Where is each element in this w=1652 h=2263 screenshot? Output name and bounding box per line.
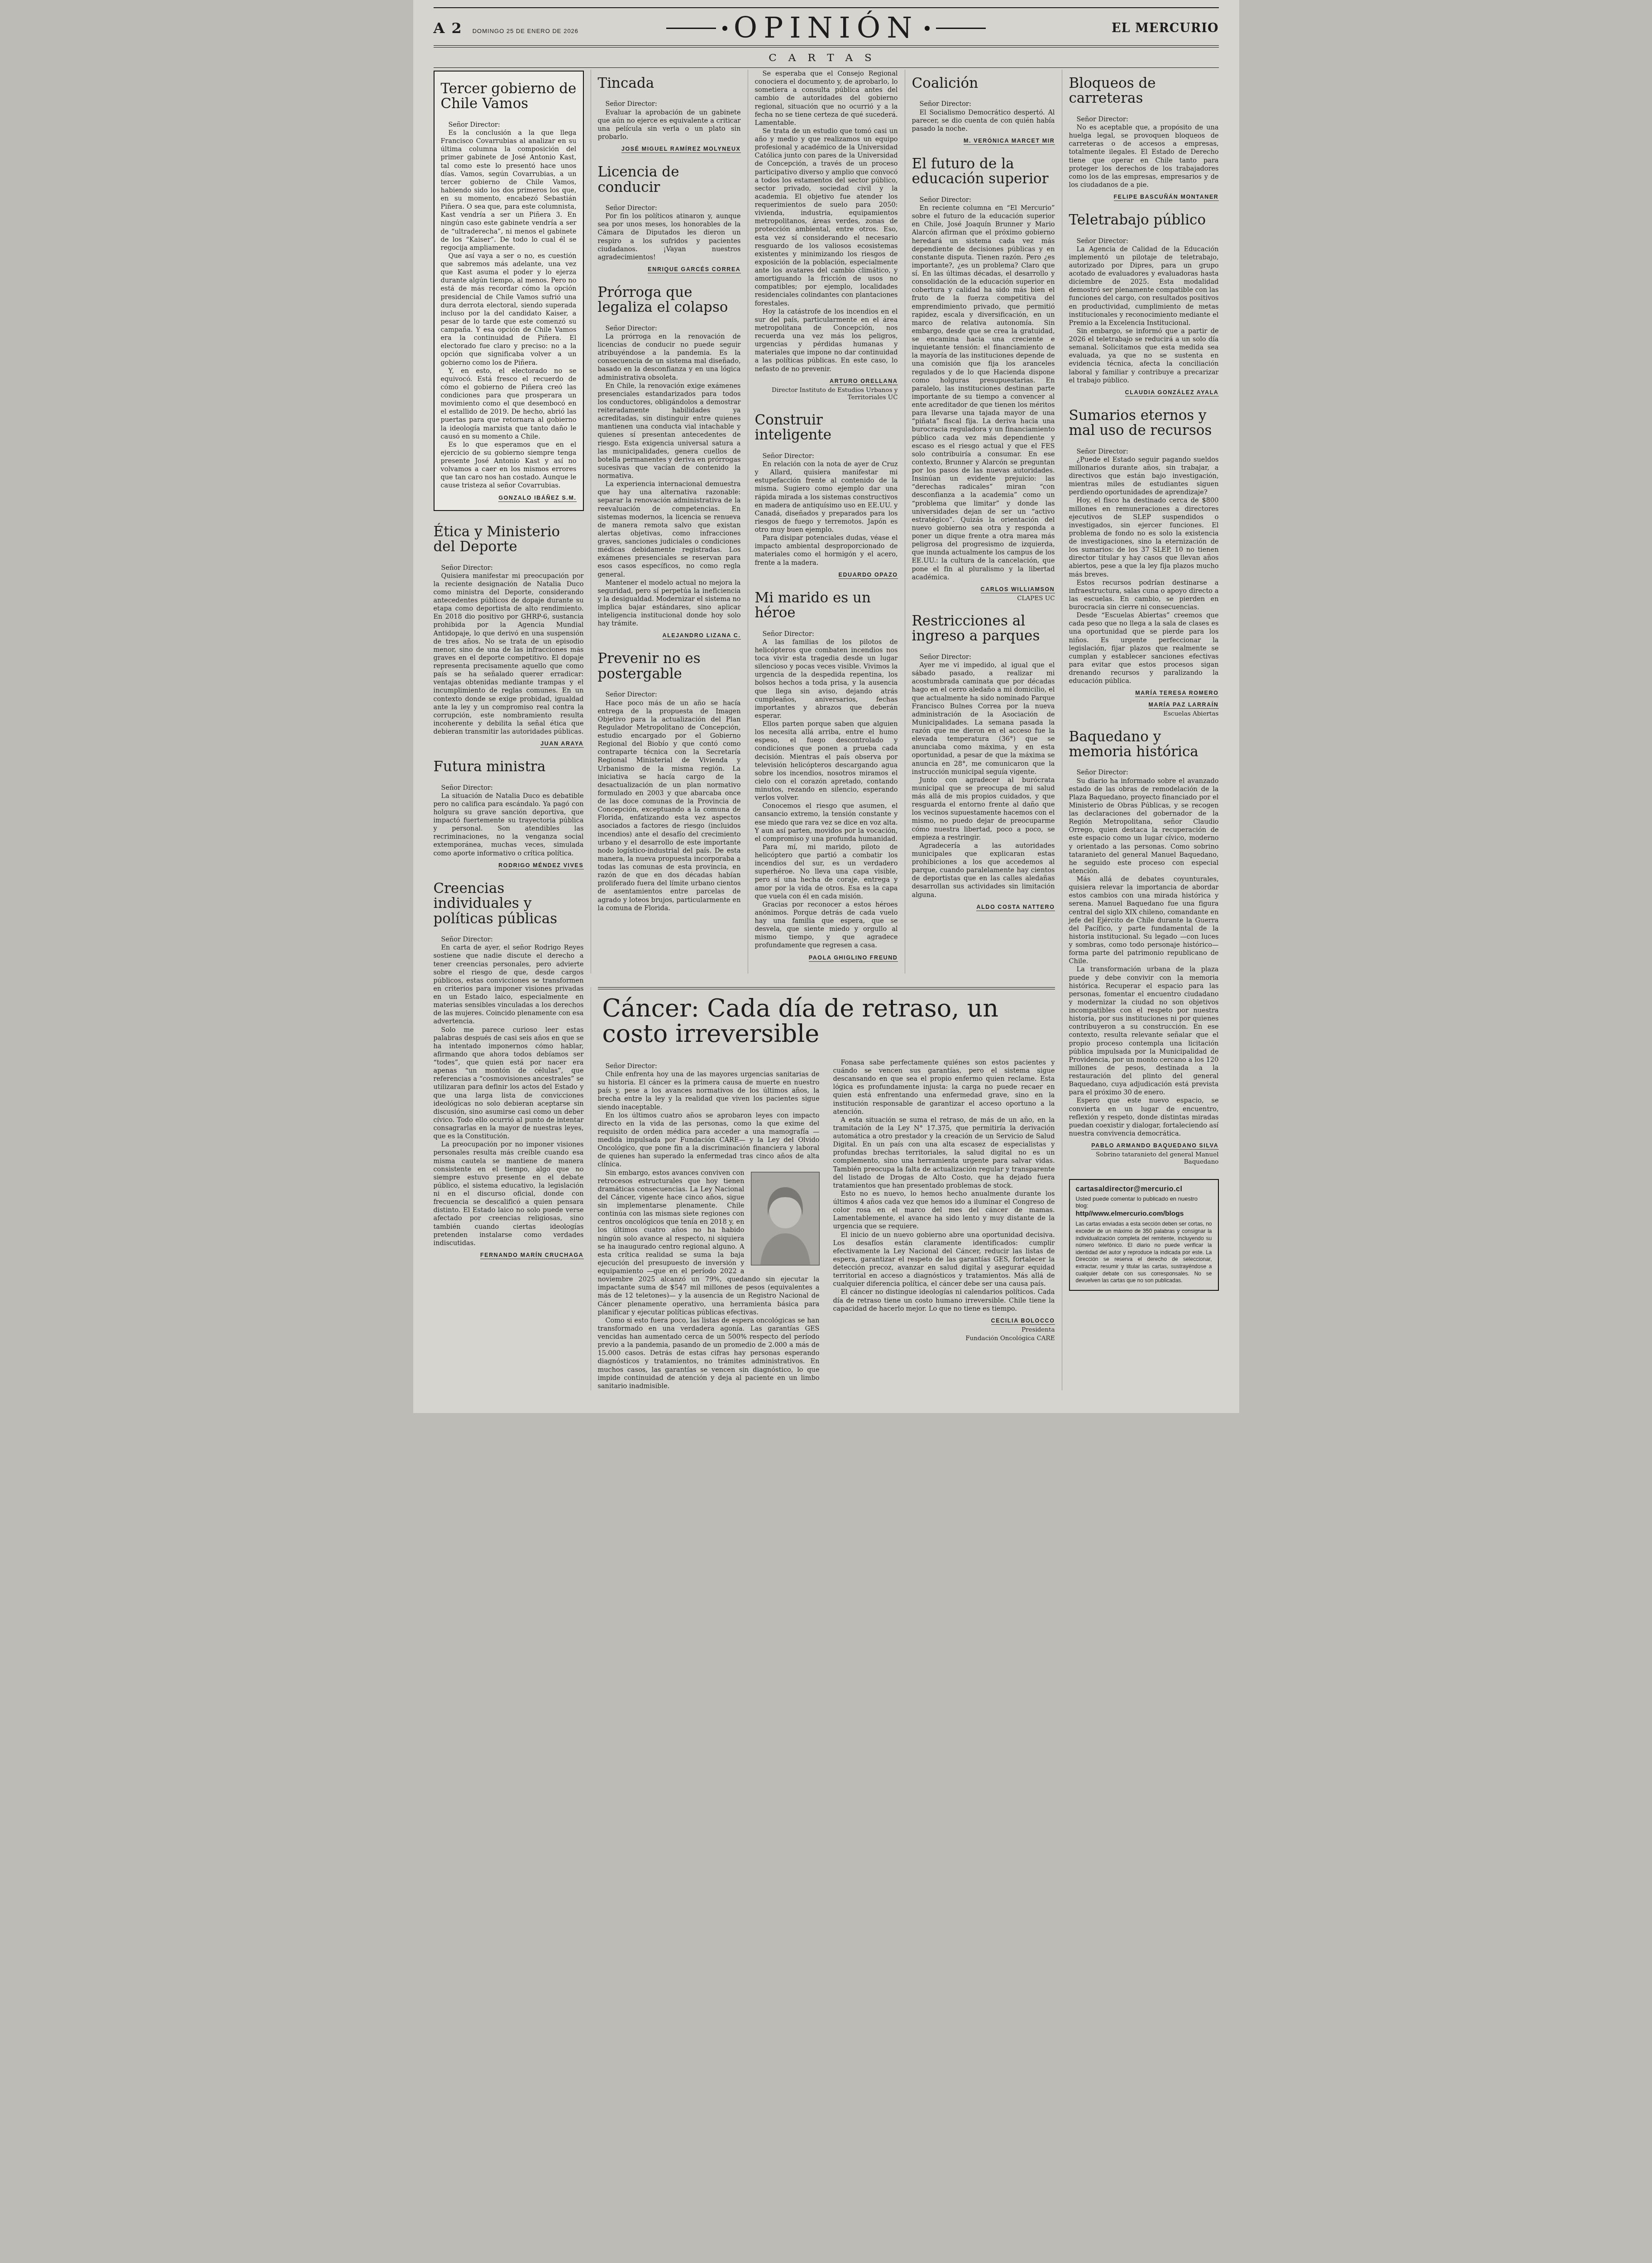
letter-paragraph: Para mí, mi marido, piloto de helicópter… [755,843,898,901]
blog-url[interactable]: http//www.elmercurio.com/blogs [1076,1210,1212,1218]
feature-article: Cáncer: Cada día de retraso, un costo ir… [591,987,1062,1390]
salutation: Señor Director: [598,325,741,333]
article-signature-name: CECILIA BOLOCCO [991,1318,1055,1325]
signature-name: EDUARDO OPAZO [839,572,898,579]
article-paragraph: Esto no es nuevo, lo hemos hecho anualme… [833,1190,1055,1231]
salutation: Señor Director: [434,784,584,792]
letter-title: Bloqueos de carreteras [1069,76,1219,106]
letter-title: Sumarios eternos y mal uso de recursos [1069,408,1219,439]
letter-title: Restricciones al ingreso a parques [912,614,1055,644]
signature-role: CLAPES UC [912,595,1055,602]
salutation: Señor Director: [598,100,741,108]
letter-paragraph: Espero que este nuevo espacio, se convie… [1069,1097,1219,1138]
masthead: A 2 DOMINGO 25 DE ENERO DE 2026 OPINIÓN … [434,13,1219,45]
signature-name: GONZALO IBÁÑEZ S.M. [498,495,576,502]
signature: MARÍA TERESA ROMERO [1069,688,1219,697]
letter: Se esperaba que el Consejo Regional cono… [755,70,898,401]
signature: CLAUDIA GONZÁLEZ AYALA [1069,387,1219,396]
ornament-line-left [666,28,716,29]
top-rule [434,7,1219,8]
salutation: Señor Director: [1069,769,1219,777]
letter: Baquedano y memoria históricaSeñor Direc… [1069,730,1219,1166]
article-column-a: Señor Director:Chile enfrenta hoy una de… [598,1059,820,1390]
edition-date: DOMINGO 25 DE ENERO DE 2026 [473,28,578,34]
signature: FELIPE BASCUÑÁN MONTANER [1069,192,1219,201]
letter-title: Futura ministra [434,759,584,774]
letter-paragraph: Conocemos el riesgo que asumen, el cansa… [755,802,898,843]
letter: Ética y Ministerio del DeporteSeñor Dire… [434,525,584,748]
salutation: Señor Director: [912,100,1055,108]
letter-title: Coalición [912,76,1055,91]
letter-paragraph: El Socialismo Democrático despertó. Al p… [912,109,1055,133]
letters-to-editor-box: cartasaldirector@mercurio.cl Usted puede… [1069,1179,1219,1290]
signature-name: ALDO COSTA NATTERO [976,904,1055,911]
letter-paragraph: Ellos parten porque saben que alguien lo… [755,720,898,802]
letter: Prevenir no es postergableSeñor Director… [598,651,741,912]
letter-paragraph: Es la conclusión a la que llega Francisc… [441,129,577,252]
letter: Mi marido es un héroeSeñor Director:A la… [755,591,898,962]
signature: PAOLA GHIGLINO FREUND [755,953,898,962]
letter-title: El futuro de la educación superior [912,157,1055,187]
letter: Futura ministraSeñor Director:La situaci… [434,759,584,869]
salutation: Señor Director: [1069,115,1219,124]
signature-role: Director Instituto de Estudios Urbanos y… [755,387,898,401]
article-paragraph: En los últimos cuatro años se aprobaron … [598,1112,820,1169]
letter-paragraph: Su diario ha informado sobre el avanzado… [1069,777,1219,876]
article-column-b: Fonasa sabe perfectamente quiénes son es… [833,1059,1055,1390]
salutation: Señor Director: [598,691,741,699]
letter: Prórroga que legaliza el colapsoSeñor Di… [598,285,741,640]
letter-title: Construir inteligente [755,413,898,443]
letter-paragraph: La situación de Natalia Duco es debatibl… [434,792,584,858]
letter-paragraph: Mantener el modelo actual no mejora la s… [598,579,741,628]
salutation: Señor Director: [1069,237,1219,245]
letter-paragraph: Hoy la catástrofe de los incendios en el… [755,308,898,373]
column-2: TincadaSeñor Director:Evaluar la aprobac… [591,70,748,974]
letter-paragraph: La Agencia de Calidad de la Educación im… [1069,245,1219,327]
letter-paragraph: Se trata de un estudio que tomó casi un … [755,127,898,308]
letter-paragraph: La prórroga en la renovación de licencia… [598,333,741,382]
article-signature-role: Presidenta [833,1326,1055,1333]
newspaper-page: A 2 DOMINGO 25 DE ENERO DE 2026 OPINIÓN … [413,0,1239,1413]
signature-name: FERNANDO MARÍN CRUCHAGA [480,1252,583,1259]
article-paragraph: Como si esto fuera poco, las listas de e… [598,1317,820,1390]
letter-title: Licencia de conducir [598,165,741,195]
letter-paragraph: Quisiera manifestar mi preocupación por … [434,572,584,736]
salutation: Señor Director: [912,196,1055,204]
letter-paragraph: A las familias de los pilotos de helicóp… [755,638,898,720]
salutation: Señor Director: [755,452,898,460]
salutation: Señor Director: [598,204,741,212]
signature: M. VERÓNICA MARCET MIR [912,136,1055,145]
letter-paragraph: En Chile, la renovación exige exámenes p… [598,382,741,481]
letter-paragraph: Más allá de debates coyunturales, quisie… [1069,875,1219,965]
column-5: Bloqueos de carreterasSeñor Director:No … [1062,70,1219,1390]
letter: CoaliciónSeñor Director:El Socialismo De… [912,76,1055,145]
article-paragraph: Chile enfrenta hoy una de las mayores ur… [598,1070,820,1112]
salutation: Señor Director: [1069,448,1219,456]
ornament-line-right [936,28,986,29]
signature: JUAN ARAYA [434,739,584,748]
letter: Sumarios eternos y mal uso de recursosSe… [1069,408,1219,718]
column-1: Tercer gobierno de Chile VamosSeñor Dire… [434,70,591,1390]
signature-name: JUAN ARAYA [540,740,583,748]
signature: EDUARDO OPAZO [755,570,898,579]
letter-paragraph: En carta de ayer, el señor Rodrigo Reyes… [434,944,584,1026]
letter-paragraph: Hace poco más de un año se hacía entrega… [598,699,741,912]
letter-paragraph: Gracias por reconocer a estos héroes anó… [755,901,898,950]
ornament-dot-right [925,26,930,31]
letter: Restricciones al ingreso a parquesSeñor … [912,614,1055,911]
salutation: Señor Director: [434,564,584,572]
article-headline: Cáncer: Cada día de retraso, un costo ir… [602,996,1055,1047]
letter-title: Ética y Ministerio del Deporte [434,525,584,555]
signature: ARTURO ORELLANA [755,376,898,385]
letter-paragraph: No es aceptable que, a propósito de una … [1069,124,1219,189]
letter-paragraph: Desde “Escuelas Abiertas” creemos que ca… [1069,611,1219,685]
letter: Teletrabajo públicoSeñor Director:La Age… [1069,213,1219,396]
signature-name: PABLO ARMANDO BAQUEDANO SILVA [1091,1142,1218,1150]
article-signature: CECILIA BOLOCCO [833,1316,1055,1325]
letter-title: Baquedano y memoria histórica [1069,730,1219,760]
letter-paragraph: Agradecería a las autoridades municipale… [912,842,1055,899]
article-columns: Señor Director:Chile enfrenta hoy una de… [598,1059,1055,1390]
page-number: A 2 [434,19,463,37]
letter: Construir inteligenteSeñor Director:En r… [755,413,898,579]
letter: Tercer gobierno de Chile VamosSeñor Dire… [434,71,584,511]
salutation: Señor Director: [598,1062,820,1070]
letters-email[interactable]: cartasaldirector@mercurio.cl [1076,1185,1212,1194]
letter-title: Teletrabajo público [1069,213,1219,228]
signature-name: CARLOS WILLIAMSON [981,586,1055,593]
letter-title: Tincada [598,76,741,91]
letter-paragraph: La preocupación por no imponer visiones … [434,1141,584,1247]
letter-paragraph: Hoy, el fisco ha destinado cerca de $800… [1069,497,1219,578]
salutation: Señor Director: [912,653,1055,661]
article-paragraph: Fonasa sabe perfectamente quiénes son es… [833,1059,1055,1116]
salutation: Señor Director: [434,936,584,944]
signature-name: JOSÉ MIGUEL RAMÍREZ MOLYNEUX [621,146,741,153]
letter-title: Creencias individuales y políticas públi… [434,881,584,926]
letter: Creencias individuales y políticas públi… [434,881,584,1259]
signature-role: Escuelas Abiertas [1069,710,1219,717]
letter-paragraph: La experiencia internacional demuestra q… [598,480,741,579]
letter-paragraph: Y, en esto, el electorado no se equivocó… [441,367,577,441]
letter-paragraph: Es lo que esperamos que en el ejercicio … [441,441,577,490]
signature-role: Sobrino tataranieto del general Manuel B… [1069,1151,1219,1165]
signature-name: RODRIGO MÉNDEZ VIVES [498,862,583,869]
signature: PABLO ARMANDO BAQUEDANO SILVA [1069,1141,1219,1150]
signature-name: FELIPE BASCUÑÁN MONTANER [1114,194,1219,201]
letter-paragraph: Ayer me vi impedido, al igual que el sáb… [912,661,1055,776]
blog-intro: Usted puede comentar lo publicado en nue… [1076,1195,1212,1209]
signature: CARLOS WILLIAMSON [912,584,1055,593]
letters-grid: Tercer gobierno de Chile VamosSeñor Dire… [434,70,1219,1390]
letters-section-label: CARTAS [769,52,883,64]
column-4: CoaliciónSeñor Director:El Socialismo De… [905,70,1062,974]
signature-name: CLAUDIA GONZÁLEZ AYALA [1125,389,1219,396]
signature: RODRIGO MÉNDEZ VIVES [434,860,584,869]
letter: TincadaSeñor Director:Evaluar la aprobac… [598,76,741,153]
letter-paragraph: Para disipar potenciales dudas, véase el… [755,534,898,567]
letter-paragraph: En relación con la nota de ayer de Cruz … [755,460,898,534]
letter-title: Prórroga que legaliza el colapso [598,285,741,315]
article-signature-role: Fundación Oncológica CARE [833,1335,1055,1342]
signature-name: M. VERÓNICA MARCET MIR [964,138,1055,145]
letter-paragraph: Estos recursos podrían destinarse a infr… [1069,579,1219,612]
letter-paragraph: Se esperaba que el Consejo Regional cono… [755,70,898,127]
article-separator-rule [598,987,1055,989]
signature: ALEJANDRO LIZANA C. [598,630,741,640]
ornament-dot-left [722,26,727,31]
signature-name: ARTURO ORELLANA [830,378,898,385]
letter: Licencia de conducirSeñor Director:Por f… [598,165,741,273]
letter: Bloqueos de carreterasSeñor Director:No … [1069,76,1219,201]
signature-name: MARÍA TERESA ROMERO [1135,690,1218,697]
signature: FERNANDO MARÍN CRUCHAGA [434,1250,584,1259]
letter-paragraph: Evaluar la aprobación de un gabinete que… [598,109,741,142]
signature-name: ALEJANDRO LIZANA C. [663,632,741,640]
portrait-photo [751,1172,820,1265]
signature: JOSÉ MIGUEL RAMÍREZ MOLYNEUX [598,144,741,153]
letter-title: Tercer gobierno de Chile Vamos [441,81,577,112]
article-paragraph: A esta situación se suma el retraso, de … [833,1116,1055,1190]
letter-paragraph: Junto con agradecer al burócrata municip… [912,776,1055,842]
salutation: Señor Director: [441,121,577,129]
letter-title: Mi marido es un héroe [755,591,898,621]
letters-section-rule [434,67,1219,68]
letter-paragraph: La transformación urbana de la plaza pue… [1069,965,1219,1097]
letter: El futuro de la educación superiorSeñor … [912,157,1055,602]
signature: GONZALO IBÁÑEZ S.M. [441,493,577,502]
letter-title: Prevenir no es postergable [598,651,741,682]
letters-section-header: CARTAS [434,48,1219,67]
article-paragraph: El cáncer no distingue ideologías ni cal… [833,1288,1055,1313]
masthead-left: A 2 DOMINGO 25 DE ENERO DE 2026 [434,19,583,37]
signature: ENRIQUE GARCÉS CORREA [598,264,741,273]
column-5-letters: Bloqueos de carreterasSeñor Director:No … [1069,76,1219,1165]
signature-name: ENRIQUE GARCÉS CORREA [648,266,740,273]
signature: MARÍA PAZ LARRAÍN [1069,700,1219,709]
salutation: Señor Director: [755,630,898,638]
signature: ALDO COSTA NATTERO [912,902,1055,911]
letter-paragraph: En reciente columna en “El Mercurio” sob… [912,204,1055,582]
letter-paragraph: Que así vaya a ser o no, es cuestión que… [441,252,577,367]
letter-paragraph: Solo me parece curioso leer estas palabr… [434,1026,584,1141]
signature-name: MARÍA PAZ LARRAÍN [1149,702,1219,709]
signature-name: PAOLA GHIGLINO FREUND [809,955,898,962]
column-3: Se esperaba que el Consejo Regional cono… [748,70,905,974]
masthead-center: OPINIÓN [583,14,1070,43]
letter-paragraph: Por fin los políticos atinaron y, aunque… [598,212,741,262]
masthead-brand: EL MERCURIO [1070,21,1219,35]
section-title: OPINIÓN [734,14,919,43]
letter-paragraph: ¿Puede el Estado seguir pagando sueldos … [1069,456,1219,497]
article-paragraph: El inicio de un nuevo gobierno abre una … [833,1231,1055,1289]
letter-paragraph: Sin embargo, se informó que a partir de … [1069,327,1219,385]
letters-policy: Las cartas enviadas a esta sección deben… [1076,1221,1212,1284]
